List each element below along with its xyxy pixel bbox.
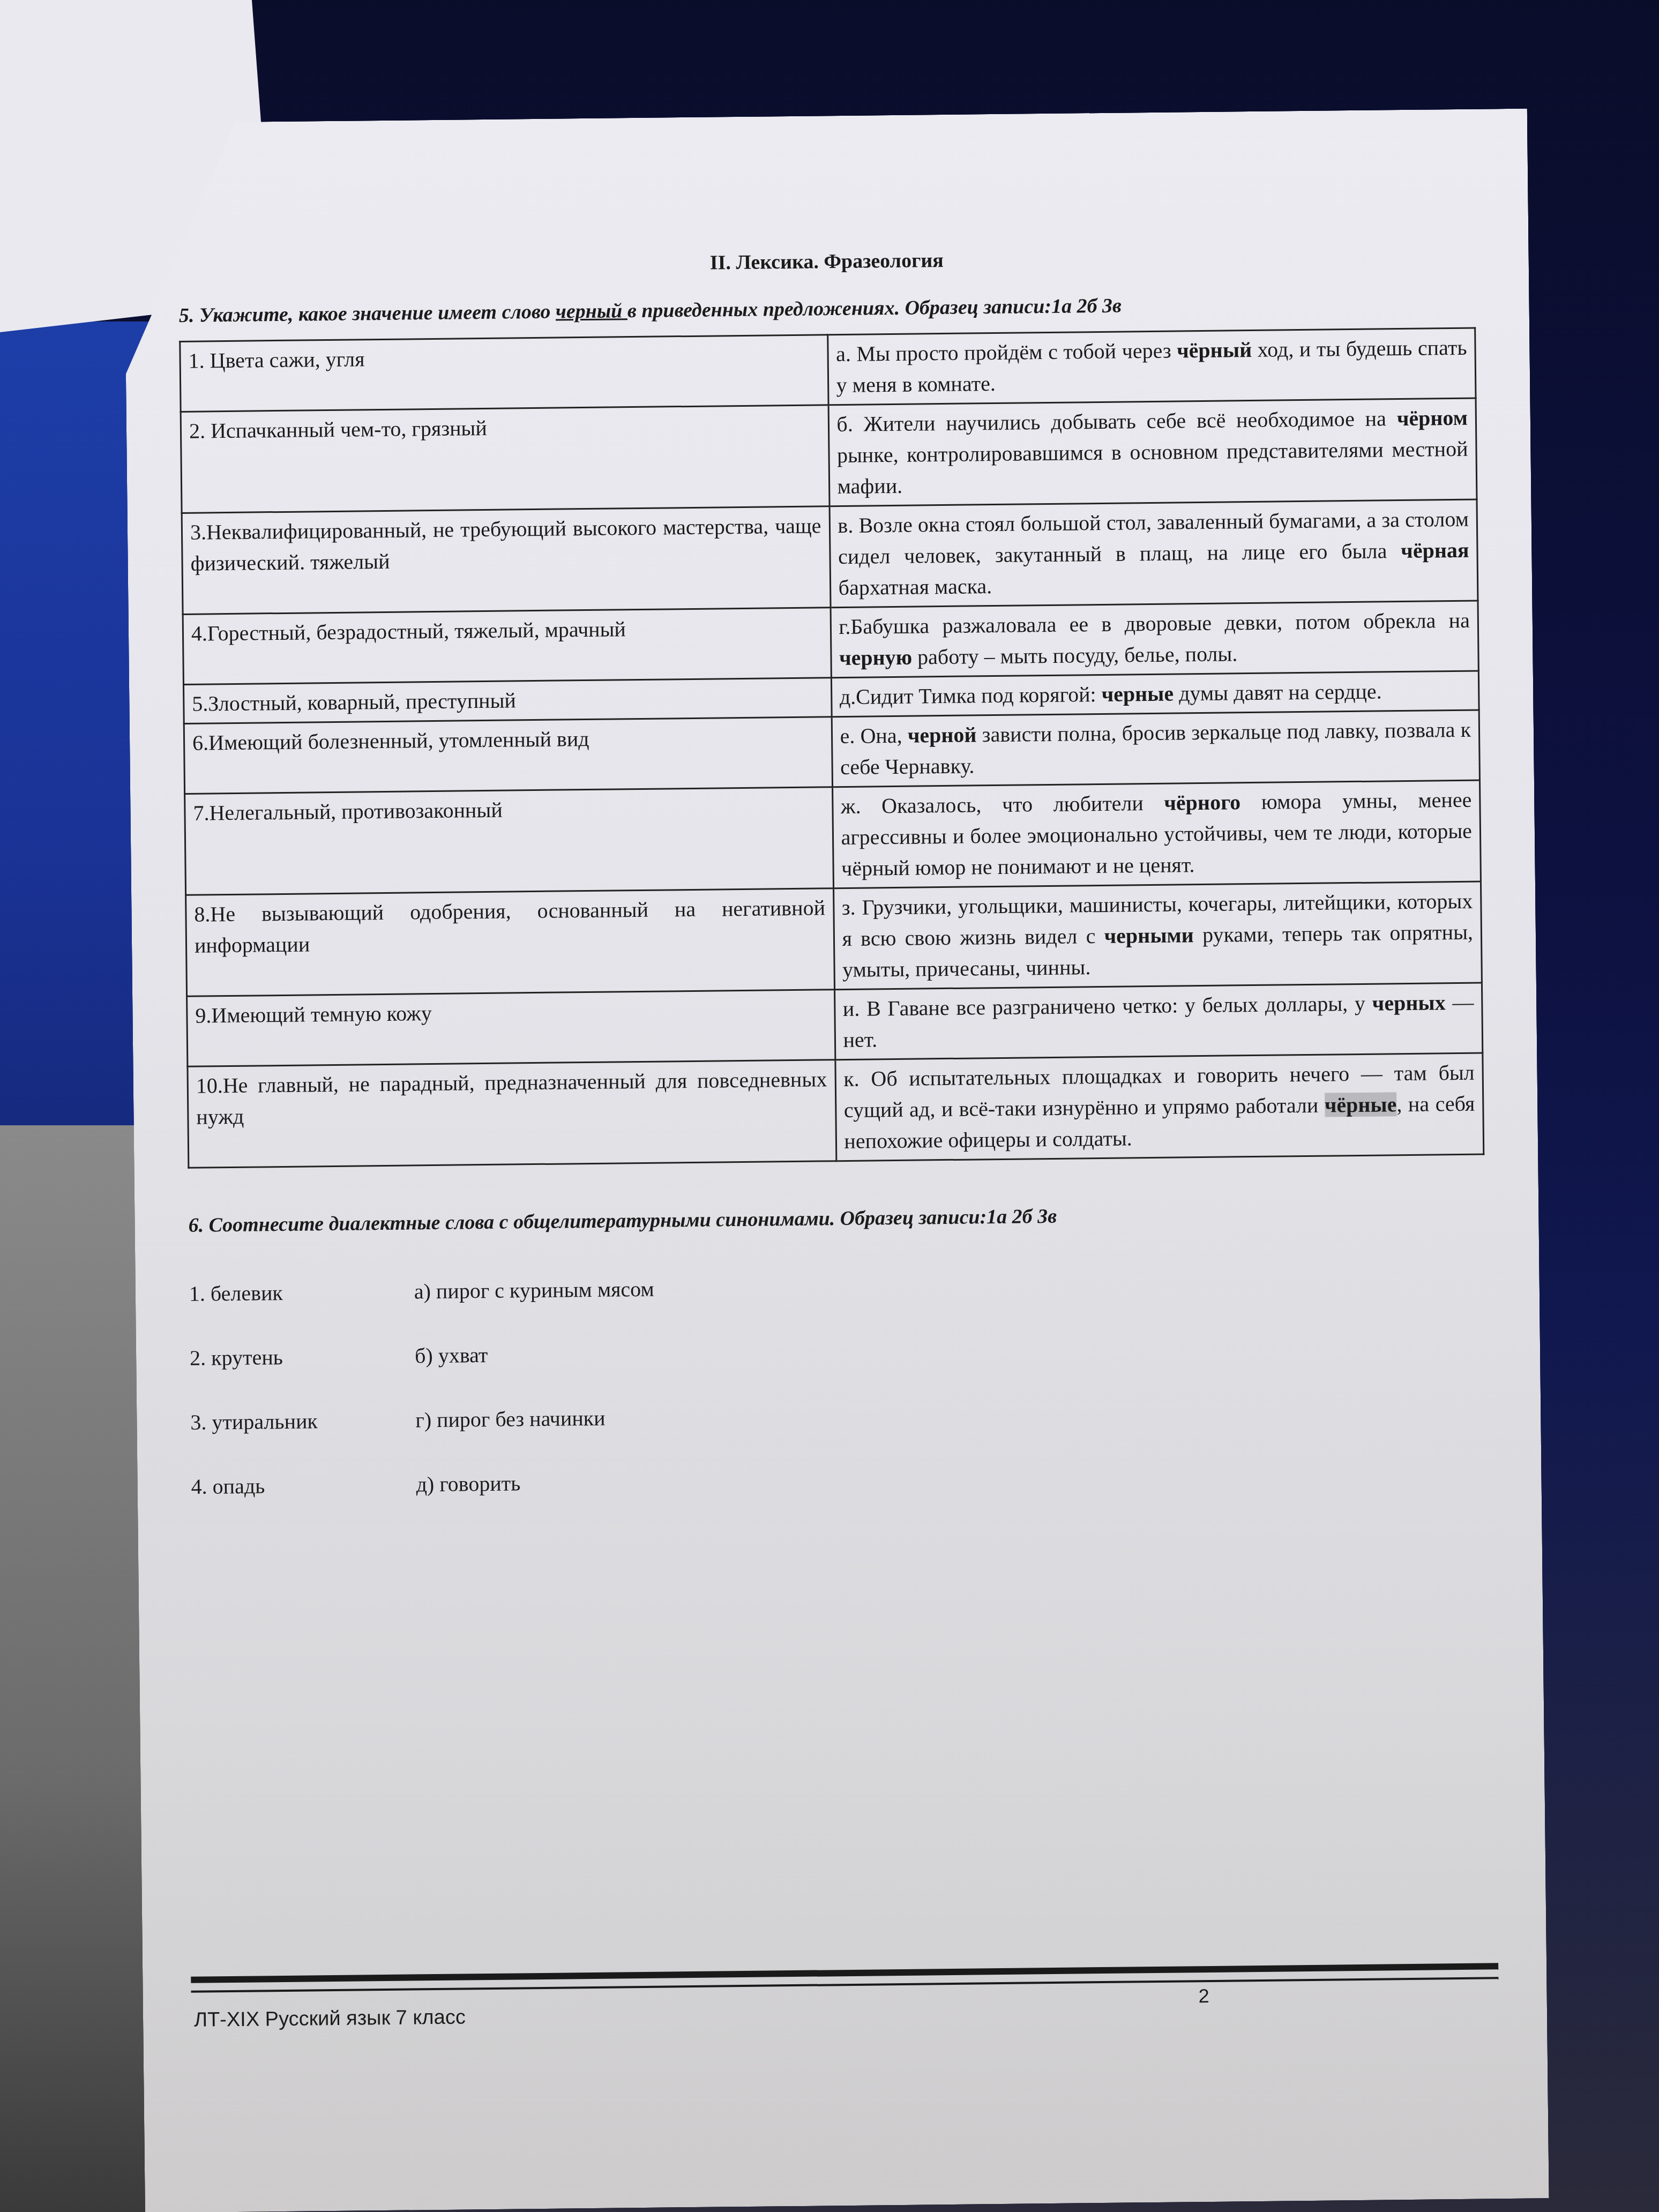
keyword-underlined: черный — [556, 300, 627, 323]
highlighted-word: черной — [908, 723, 977, 748]
highlighted-word: черными — [1104, 923, 1194, 948]
highlighted-word: черных — [1372, 990, 1445, 1015]
literary-synonym: д) говорить — [416, 1470, 520, 1497]
table-row: 7.Нелегальный, противозаконныйж. Оказало… — [185, 780, 1481, 895]
table-row: 2. Испачканный чем-то, грязныйб. Жители … — [181, 398, 1477, 513]
dialect-word: 1. белевик — [189, 1279, 414, 1306]
footer-rule — [191, 1963, 1498, 1993]
dialect-word: 4. опадь — [191, 1471, 416, 1499]
table-row: 6.Имеющий болезненный, утомленный виде. … — [184, 710, 1479, 794]
meaning-cell: 7.Нелегальный, противозаконный — [185, 787, 833, 895]
meaning-cell: 4.Горестный, безрадостный, тяжелый, мрач… — [183, 608, 831, 685]
example-cell: б. Жители научились добывать себе всё не… — [828, 398, 1477, 506]
meaning-cell: 1. Цвета сажи, угля — [180, 335, 828, 412]
table-row: 1. Цвета сажи, угляа. Мы просто пройдём … — [180, 328, 1476, 412]
meaning-cell: 3.Неквалифицированный, не требующий высо… — [182, 506, 830, 615]
highlighted-word: чёрного — [1164, 790, 1240, 814]
section-title: II. Лексика. Фразеология — [178, 243, 1475, 280]
highlighted-word: чёрные — [1325, 1092, 1397, 1117]
table-row: 8.Не вызывающий одобрения, основанный на… — [186, 881, 1482, 996]
literary-synonym: а) пирог с куриным мясом — [414, 1276, 654, 1304]
task-6-instructions: 6. Соотнесите диалектные слова с общелит… — [188, 1198, 1485, 1240]
task-5-instructions: 5. Укажите, какое значение имеет слово ч… — [178, 288, 1475, 331]
highlighted-word: черную — [839, 645, 913, 670]
dialect-word: 2. крутень — [190, 1343, 415, 1370]
meaning-cell: 8.Не вызывающий одобрения, основанный на… — [186, 888, 834, 997]
list-item: 4. опадьд) говорить — [191, 1441, 1488, 1519]
example-cell: г.Бабушка разжаловала ее в дворовые девк… — [831, 601, 1479, 678]
literary-synonym: б) ухват — [415, 1342, 488, 1368]
highlighted-word: чёрная — [1401, 538, 1469, 563]
example-cell: в. Возле окна стоял большой стол, завале… — [829, 499, 1478, 608]
example-cell: ж. Оказалось, что любители чёрного юмора… — [832, 780, 1481, 888]
worksheet-page: II. Лексика. Фразеология 5. Укажите, как… — [123, 109, 1549, 2212]
example-cell: и. В Гаване все разграничено четко: у бе… — [834, 983, 1483, 1060]
dialect-word: 3. утиральник — [190, 1407, 415, 1434]
table-row: 9.Имеющий темную кожуи. В Гаване все раз… — [187, 983, 1483, 1066]
meaning-cell: 5.Злостный, коварный, преступный — [183, 678, 831, 724]
matching-table: 1. Цвета сажи, угляа. Мы просто пройдём … — [179, 327, 1484, 1169]
highlighted-word: чёрный — [1177, 338, 1252, 362]
highlighted-word: чёрном — [1397, 406, 1468, 430]
dialect-word-list: 1. белевика) пирог с куриным мясом2. кру… — [189, 1248, 1488, 1519]
example-cell: е. Она, черной зависти полна, бросив зер… — [832, 710, 1480, 787]
meaning-cell: 10.Не главный, не парадный, предназначен… — [188, 1060, 836, 1168]
meaning-cell: 6.Имеющий болезненный, утомленный вид — [184, 717, 832, 794]
example-cell: к. Об испытательных площадках и говорить… — [835, 1053, 1483, 1161]
table-row: 10.Не главный, не парадный, предназначен… — [188, 1053, 1484, 1168]
table-row: 3.Неквалифицированный, не требующий высо… — [182, 499, 1478, 614]
meaning-cell: 9.Имеющий темную кожу — [187, 990, 835, 1067]
literary-synonym: г) пирог без начинки — [415, 1406, 606, 1433]
example-cell: з. Грузчики, угольщики, машинисты, кочег… — [833, 881, 1482, 990]
meaning-cell: 2. Испачканный чем-то, грязный — [181, 405, 829, 513]
highlighted-word: черные — [1101, 682, 1174, 706]
example-cell: а. Мы просто пройдём с тобой через чёрны… — [827, 328, 1476, 405]
example-cell: д.Сидит Тимка под корягой: черные думы д… — [831, 671, 1479, 717]
page-number: 2 — [1198, 1985, 1209, 2007]
footer-course-label: ЛТ-XIX Русский язык 7 класс — [194, 2006, 466, 2032]
table-row: 4.Горестный, безрадостный, тяжелый, мрач… — [183, 601, 1478, 684]
